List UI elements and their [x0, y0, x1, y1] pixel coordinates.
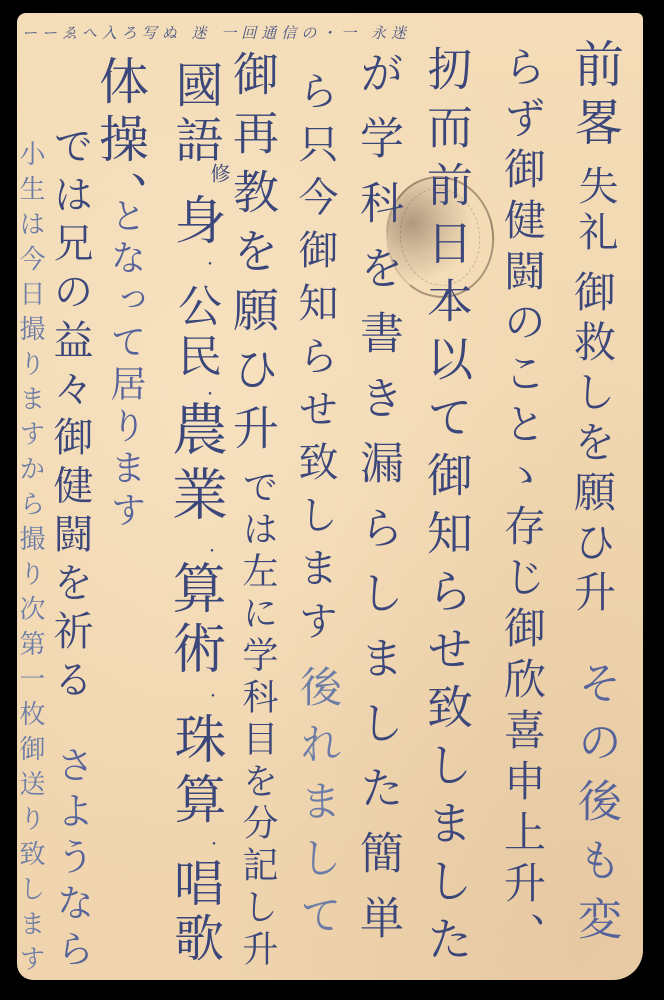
closing-wish: では兄の益々御健闘を祈る: [50, 125, 90, 707]
top-margin-note: ーーゑへ入ろ写ぬ 迷 一回通信の・一 永迷: [22, 22, 411, 43]
subject-item: 身: [169, 193, 221, 245]
subject-separator: ・: [203, 258, 217, 272]
subject-separator: ・: [207, 838, 221, 852]
column-5-text: 後れまして: [297, 665, 339, 950]
column-1-text: 御救しを願ひ升: [571, 270, 613, 620]
postscript-note: 小生は今日撮りますから撮り次第一枚御送り致します: [17, 140, 43, 980]
subject-item: 唱歌: [170, 857, 220, 967]
column-5-text: ら只今御知らせ致します: [295, 70, 335, 653]
farewell-sayonara: さようなら: [53, 745, 91, 975]
column-2-text: らず御健闘のことゝ存じ御欣喜申上升、: [501, 45, 543, 963]
subject-item: 算術: [168, 560, 222, 680]
column-3-text: 扨而前日本以て御知らせ致しました: [424, 45, 470, 973]
subject-item: 珠算: [169, 712, 221, 832]
column-8-text: となって居ります: [107, 197, 143, 533]
subject-item: 公民: [173, 283, 217, 383]
subject-separator: ・: [205, 545, 219, 559]
column-1-text: 失礼: [575, 165, 615, 257]
column-6-text: では左に学科目を分記し升: [239, 468, 275, 972]
column-4-text: が学科を書き漏らしました簡単: [355, 50, 399, 960]
column-1-text: その後も変: [573, 660, 617, 955]
subject-item: 農業: [167, 400, 223, 530]
subject-item: 國語: [171, 60, 219, 170]
greeting-zenryaku: 前畧: [570, 38, 620, 154]
subject-insert-mark: 修: [209, 163, 229, 183]
subject-separator: ・: [206, 690, 220, 704]
column-6-text: 御再教を願ひ升: [230, 50, 276, 463]
